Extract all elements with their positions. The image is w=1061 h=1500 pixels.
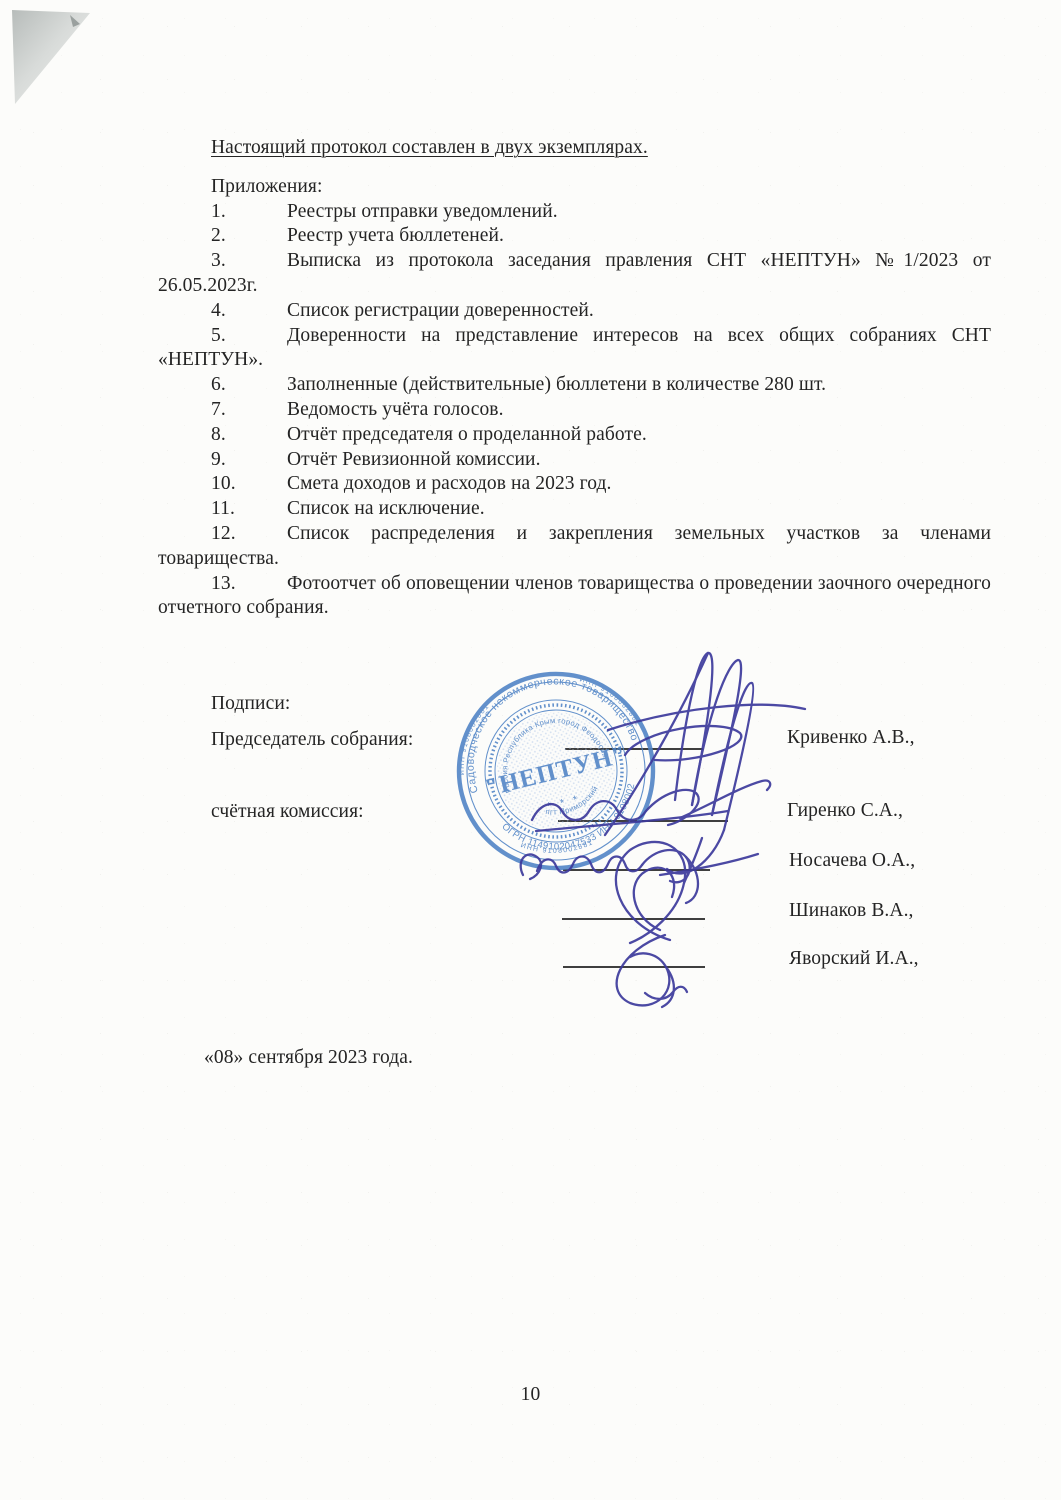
committee-member-name: Носачева О.А., [789, 849, 915, 873]
signature-line [563, 869, 710, 871]
attachment-item: 6.Заполненные (действительные) бюллетени… [158, 373, 991, 398]
stamp-ring [470, 685, 642, 857]
stamp-inn-band: ИНН 9108002881 [518, 825, 595, 865]
item-number: 10. [211, 472, 287, 497]
item-text: Отчёт председателя о проделанной работе. [287, 424, 647, 445]
attachment-item: 10.Смета доходов и расходов на 2023 год. [158, 472, 991, 497]
stamp-chain-ring [476, 691, 636, 851]
attachment-item: 5.Доверенности на представление интересо… [158, 324, 991, 374]
date-line: «08» сентября 2023 года. [204, 1046, 413, 1070]
item-text: Реестр учета бюллетеней. [287, 225, 504, 246]
signature-line [558, 820, 728, 822]
stamp-stars: * * * [546, 793, 582, 813]
stamp-ogrn-arc: ОГРН 1149102047533 ИНН 9108002881 [454, 666, 649, 876]
stamp-org-arc: Садоводческое некоммерческое товариществ… [454, 666, 644, 795]
signature-ink-chairman [605, 653, 805, 874]
item-text: Отчёт Ревизионной комиссии. [287, 449, 541, 470]
signature-line [565, 748, 703, 750]
stamp-inn-band: ИНН 9108002881 [577, 666, 642, 739]
signature-ink-committee-4 [617, 935, 687, 1007]
scanned-document-page: Настоящий протокол составлен в двух экзе… [0, 0, 1061, 1500]
item-number: 9. [211, 448, 287, 473]
item-number: 1. [211, 200, 287, 225]
item-text: Смета доходов и расходов на 2023 год. [287, 473, 612, 494]
item-text: Заполненные (действительные) бюллетени в… [287, 374, 826, 395]
document-body: Настоящий протокол составлен в двух экзе… [158, 136, 991, 621]
item-number: 5. [211, 324, 287, 349]
attachment-item: 4.Список регистрации доверенностей. [158, 299, 991, 324]
signature-line [563, 966, 705, 968]
attachment-item: 11.Список на исключение. [158, 497, 991, 522]
signature-ink-committee-1 [532, 781, 770, 831]
item-number: 13. [211, 572, 287, 597]
attachment-item: 3.Выписка из протокола заседания правлен… [158, 249, 991, 299]
stamp-outer-ring [454, 666, 659, 876]
signature-ink-committee-2 [521, 850, 758, 903]
chairman-label: Председатель собрания: [211, 728, 413, 752]
stamp-ring [482, 697, 630, 845]
doc-title-line: Настоящий протокол составлен в двух экзе… [211, 136, 991, 161]
item-number: 4. [211, 299, 287, 324]
item-number: 6. [211, 373, 287, 398]
signature-ink-committee-3 [616, 838, 702, 943]
item-number: 8. [211, 423, 287, 448]
attachment-item: 2.Реестр учета бюллетеней. [158, 224, 991, 249]
item-number: 11. [211, 497, 287, 522]
committee-member-name: Шинаков В.А., [789, 899, 914, 923]
stamp-ring [454, 666, 659, 876]
stamp-location-arc: пгт Приморский [540, 783, 604, 821]
item-text: Ведомость учёта голосов. [287, 399, 504, 420]
item-text: Реестры отправки уведомлений. [287, 201, 558, 222]
committee-label: счётная комиссия: [211, 800, 364, 824]
attachment-item: 7.Ведомость учёта голосов. [158, 398, 991, 423]
item-number: 3. [211, 249, 287, 274]
page-number: 10 [0, 1383, 1061, 1407]
stamp-center-name: "НЕПТУН" [482, 741, 630, 802]
neptun-round-stamp: ИНН 9108002881 ИНН 9108002881 ИНН 910800… [454, 666, 659, 876]
item-text: Список регистрации доверенностей. [287, 300, 594, 321]
attachment-item: 12.Список распределения и закрепления зе… [158, 522, 991, 572]
signature-line [562, 918, 705, 920]
committee-member-name: Гиренко С.А., [787, 799, 903, 823]
chairman-name: Кривенко А.В., [787, 726, 915, 750]
attachment-item: 1.Реестры отправки уведомлений. [158, 200, 991, 225]
attachment-item: 8.Отчёт председателя о проделанной работ… [158, 423, 991, 448]
item-number: 2. [211, 224, 287, 249]
item-text: Список на исключение. [287, 498, 485, 519]
stamp-inn-band: ИНН 9108002881 [454, 702, 505, 777]
item-number: 7. [211, 398, 287, 423]
attachments-heading: Приложения: [211, 175, 991, 200]
item-number: 12. [211, 522, 287, 547]
page-corner-fold [0, 0, 120, 120]
attachment-item: 9.Отчёт Ревизионной комиссии. [158, 448, 991, 473]
signatures-heading: Подписи: [211, 692, 290, 716]
committee-member-name: Яворский И.А., [789, 947, 919, 971]
attachment-item: 13.Фотоотчет об оповещении членов товари… [158, 572, 991, 622]
